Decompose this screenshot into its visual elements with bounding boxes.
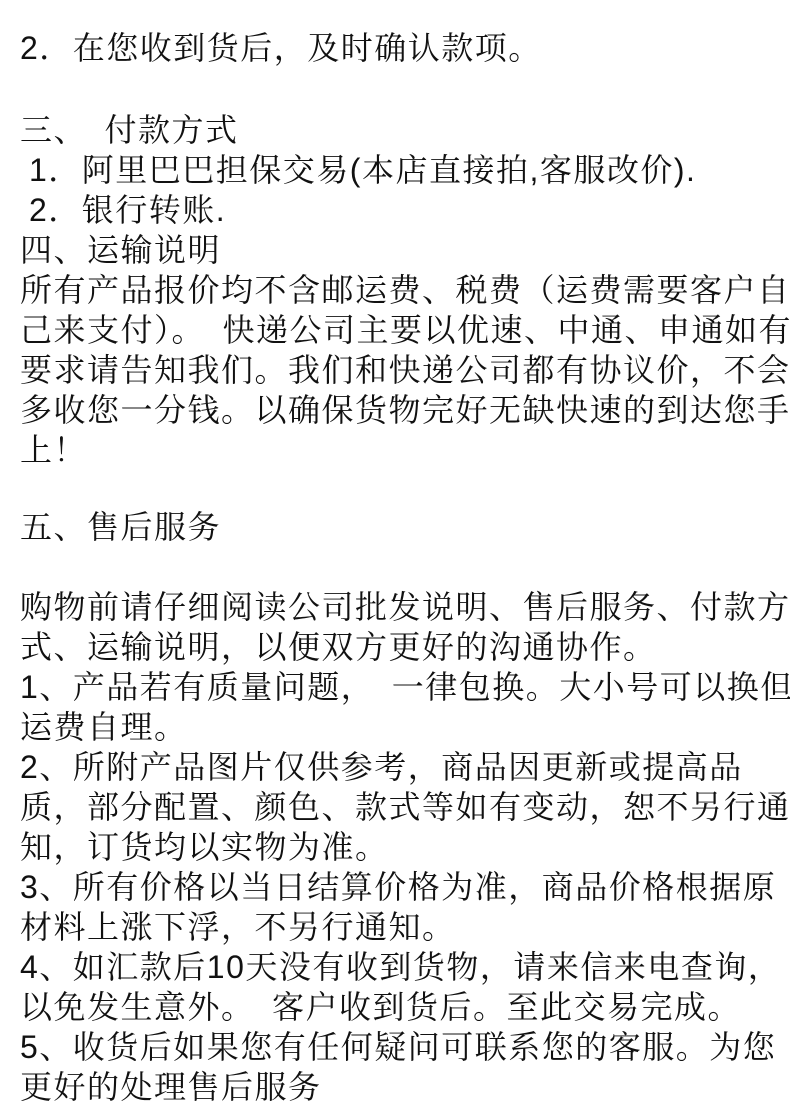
shipping-text-line: 所有产品报价均不含邮运费、税费（运费需要客户自 xyxy=(20,270,790,310)
shipping-text-line: 多收您一分钱。以确保货物完好无缺快速的到达您手 xyxy=(20,390,790,430)
after-sales-text-line: 知，订货均以实物为准。 xyxy=(20,827,790,867)
after-sales-text-line: 3、所有价格以当日结算价格为准，商品价格根据原 xyxy=(20,867,790,907)
payment-method-bank-transfer: 2．银行转账. xyxy=(20,190,790,230)
after-sales-text-line: 5、收货后如果您有任何疑问可联系您的客服。为您 xyxy=(20,1027,790,1067)
after-sales-text-line: 1、产品若有质量问题， 一律包换。大小号可以换但 xyxy=(20,667,790,707)
after-sales-text-line: 4、如汇款后10天没有收到货物，请来信来电查询， xyxy=(20,947,790,987)
after-sales-text-line: 以免发生意外。 客户收到货后。至此交易完成。 xyxy=(20,987,790,1027)
after-sales-text-line: 2、所附产品图片仅供参考，商品因更新或提高品 xyxy=(20,747,790,787)
after-sales-text-line: 运费自理。 xyxy=(20,707,790,747)
after-sales-section-heading: 五、售后服务 xyxy=(20,507,790,547)
receipt-confirm-note: 2．在您收到货后，及时确认款项。 xyxy=(20,28,790,68)
payment-section-heading: 三、 付款方式 xyxy=(20,110,790,150)
payment-method-alibaba: 1．阿里巴巴担保交易(本店直接拍,客服改价). xyxy=(20,150,790,190)
shipping-text-line: 上！ xyxy=(20,430,790,470)
after-sales-text-line: 式、运输说明，以便双方更好的沟通协作。 xyxy=(20,627,790,667)
shipping-text-line: 己来支付）。 快递公司主要以优速、中通、申通如有 xyxy=(20,310,790,350)
shipping-text-line: 要求请告知我们。我们和快递公司都有协议价，不会 xyxy=(20,350,790,390)
seller-notice-document: 2．在您收到货后，及时确认款项。 三、 付款方式 1．阿里巴巴担保交易(本店直接… xyxy=(0,0,790,1107)
after-sales-text-line: 材料上涨下浮，不另行通知。 xyxy=(20,907,790,947)
after-sales-text-line: 质，部分配置、颜色、款式等如有变动，恕不另行通 xyxy=(20,787,790,827)
shipping-section-heading: 四、运输说明 xyxy=(20,230,790,270)
after-sales-text-line: 更好的处理售后服务 xyxy=(20,1067,790,1107)
after-sales-text-line: 购物前请仔细阅读公司批发说明、售后服务、付款方 xyxy=(20,587,790,627)
